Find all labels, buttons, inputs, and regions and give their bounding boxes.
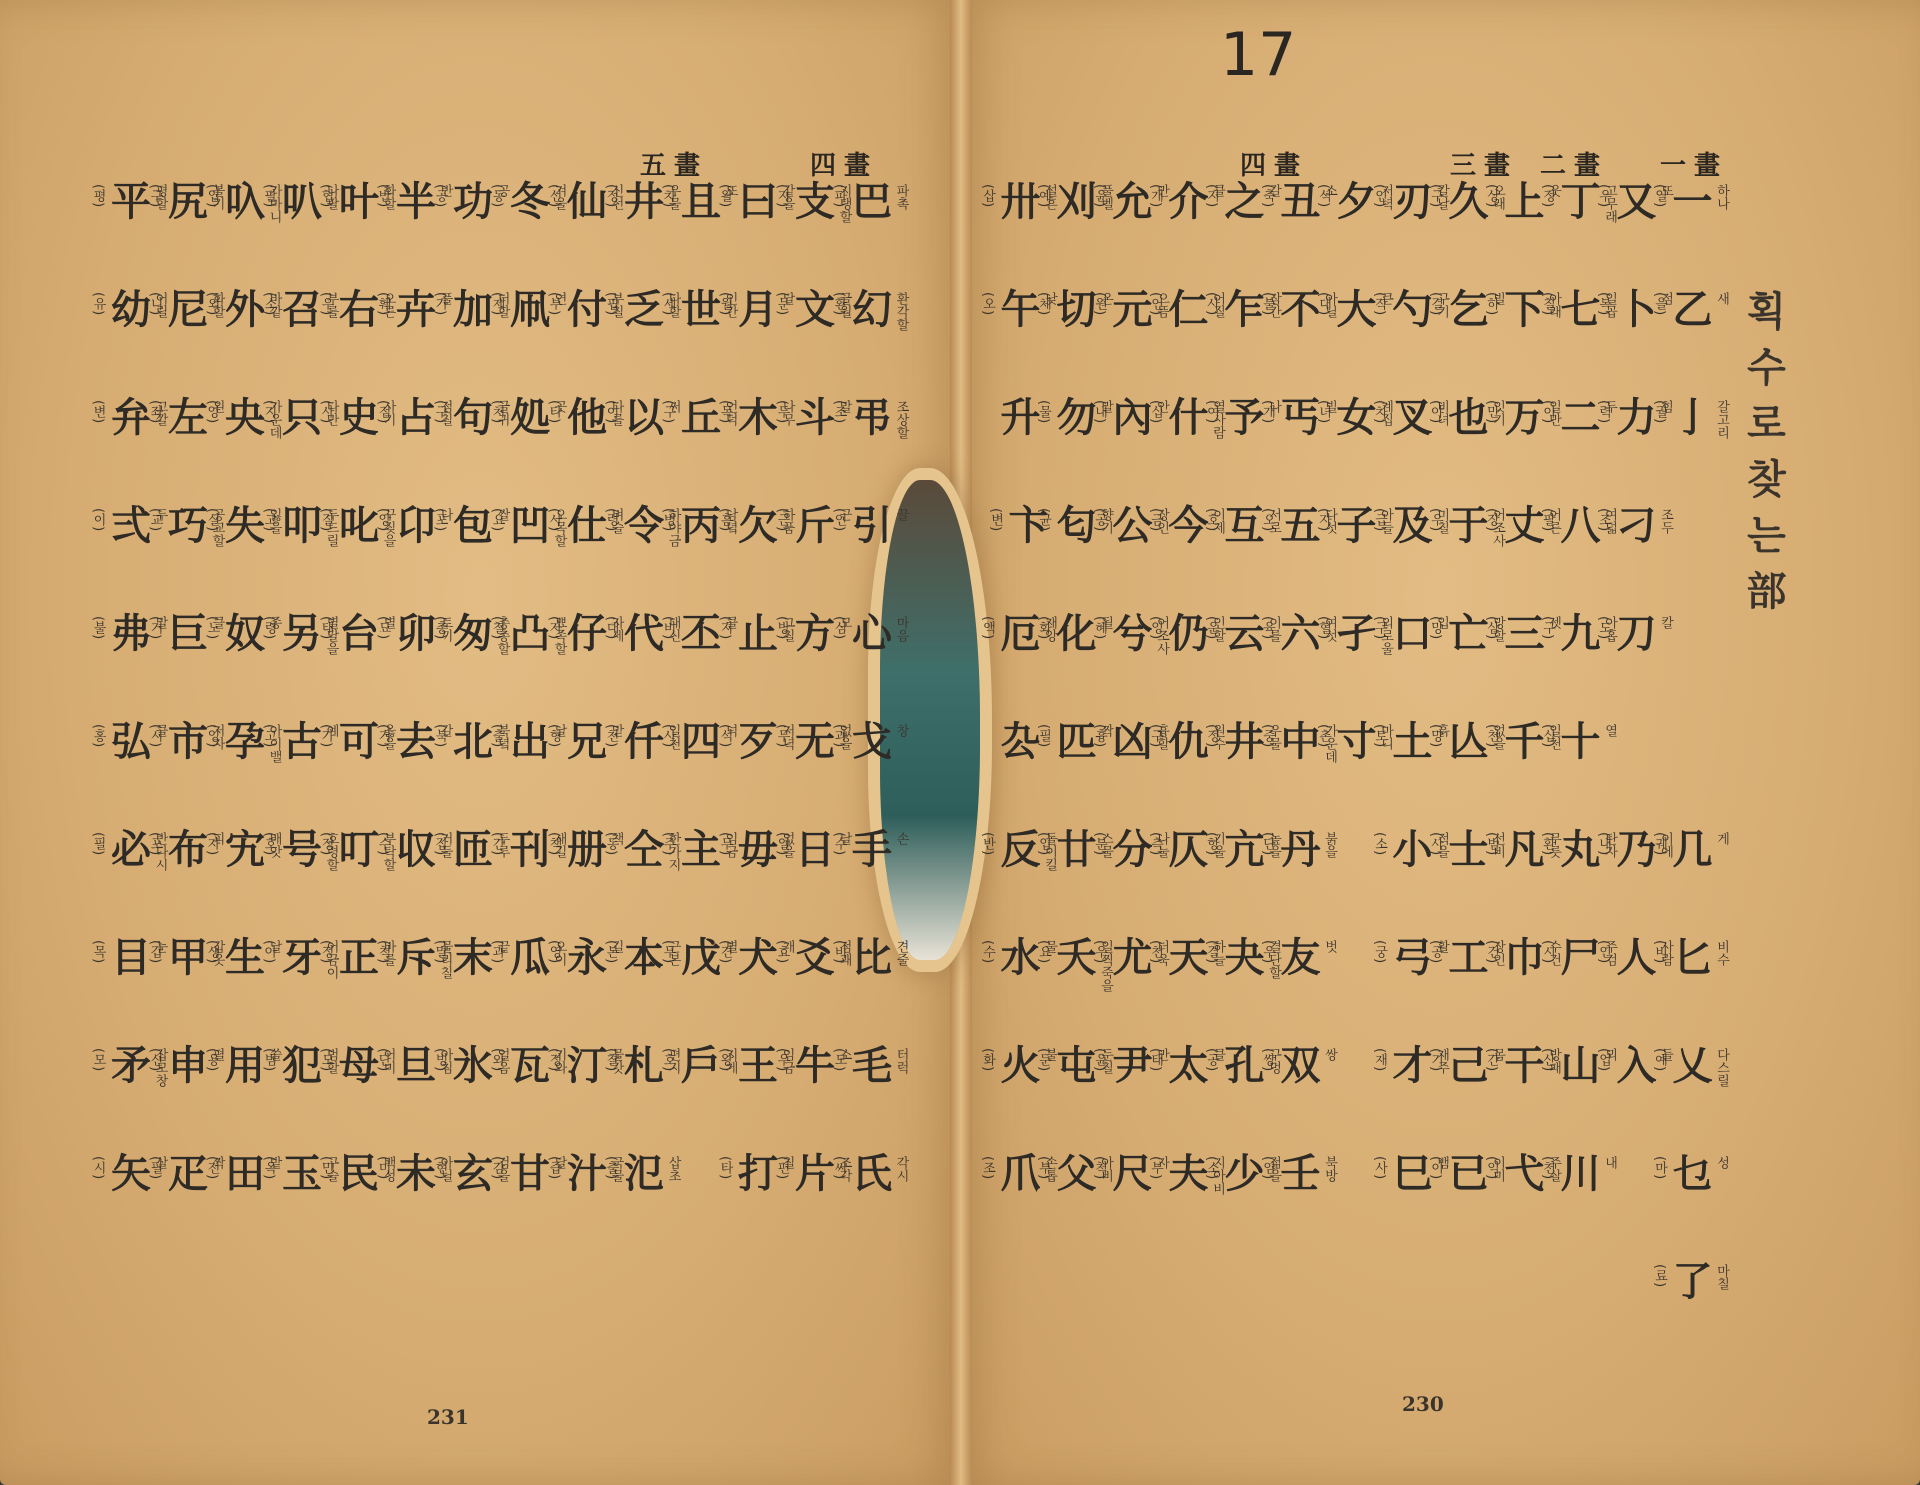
meaning-gloss: 견줄	[893, 940, 909, 966]
sound-reading: (입)	[1595, 1048, 1611, 1071]
sound-reading: (필)	[1035, 724, 1051, 747]
sound-reading: (타)	[717, 1156, 733, 1179]
sound-reading: (거)	[147, 616, 163, 639]
hanja-character: 屯	[1051, 1044, 1095, 1084]
sound-reading: (물)	[1035, 400, 1051, 423]
hanja-character: 上	[1499, 180, 1543, 220]
hanja-character: 尤	[1107, 936, 1151, 976]
sound-reading: (불)	[90, 616, 106, 639]
hanja-character: 勿	[1051, 396, 1095, 436]
hanja-character: 化	[1051, 612, 1095, 652]
character-entry	[613, 1260, 670, 1368]
hanja-character: 中	[1275, 720, 1319, 760]
index-column: (개)介클(인)仁어질(십)什열사람(금)今이제(잉)仍인할(구)仇원수(측)仄…	[1158, 180, 1214, 1368]
hanja-character: 人	[1611, 936, 1655, 976]
hanja-character: 乍	[1219, 288, 1263, 328]
hanja-character: 父	[1051, 1152, 1095, 1192]
hanja-character: 今	[1163, 504, 1207, 544]
sound-reading: (공)	[432, 184, 448, 207]
sound-reading: (과)	[489, 940, 505, 963]
sound-reading: (목)	[717, 400, 733, 423]
sound-reading: (야)	[1427, 400, 1443, 423]
hanja-character: 半	[391, 180, 435, 220]
hanja-character: 北	[448, 720, 492, 760]
hanja-character: 加	[448, 288, 492, 328]
meaning-gloss: 환각할	[893, 292, 909, 331]
sound-reading: (임)	[1259, 1156, 1275, 1179]
sound-reading: (왕)	[717, 1048, 733, 1071]
hanja-character: 矛	[106, 1044, 150, 1084]
hanja-character: 册	[562, 828, 606, 868]
hanja-character: 正	[334, 936, 378, 976]
hanja-character: 元	[1107, 288, 1151, 328]
sound-reading: (태)	[318, 616, 334, 639]
hanja-character: 介	[1163, 180, 1207, 220]
hanja-character: 亢	[1219, 828, 1263, 868]
character-entry	[100, 1260, 157, 1368]
hanja-character: 巾	[1499, 936, 1543, 976]
sound-reading: (철)	[489, 616, 505, 639]
header-left-4-stroke: 四畫	[810, 145, 878, 182]
sound-reading: (주)	[660, 832, 676, 855]
hanja-character: 丈	[1499, 504, 1543, 544]
hanja-character: 天	[1163, 936, 1207, 976]
character-entry: (파)巴파촉	[841, 180, 898, 288]
left-page-columns: (파)巴파촉(환)幻환각할(조)弔조상할(인)引끌(심)心마음(과)戈창(수)手…	[100, 180, 898, 1368]
hanja-character: 日	[790, 828, 834, 868]
sound-reading: (동)	[603, 832, 619, 855]
sound-reading: (재)	[1371, 1048, 1387, 1071]
sound-reading: (범)	[261, 1048, 277, 1071]
sound-reading: (마)	[1651, 1156, 1667, 1179]
character-entry: (비)匕비수	[1662, 936, 1718, 1044]
sound-reading: (와)	[489, 1048, 505, 1071]
sound-reading: (걸)	[1427, 292, 1443, 315]
sound-reading: (정)	[318, 832, 334, 855]
sound-reading: (잉)	[204, 724, 220, 747]
sound-reading: (정)	[1539, 184, 1555, 207]
sound-reading: (좌)	[147, 400, 163, 423]
hanja-character: 切	[1051, 288, 1095, 328]
hanja-character: 了	[1667, 1260, 1711, 1300]
hanja-character: 欠	[733, 504, 777, 544]
character-entry: (조)刁조두	[1606, 504, 1662, 612]
meaning-gloss: 새	[1713, 292, 1729, 305]
sound-reading: (변)	[90, 400, 106, 423]
hanja-character: 升	[995, 396, 1039, 436]
hanja-character: 疋	[163, 1152, 207, 1192]
hanja-character: 井	[1219, 720, 1263, 760]
sound-reading: (운)	[1203, 616, 1219, 639]
hanja-character: 刀	[1611, 612, 1655, 652]
sound-reading: (구)	[432, 400, 448, 423]
sound-reading: (팔)	[261, 184, 277, 207]
sound-reading: (기)	[1427, 1048, 1443, 1071]
hanja-character: 尻	[163, 180, 207, 220]
sound-reading: (화)	[979, 1048, 995, 1071]
hanja-character: 丑	[1275, 180, 1319, 220]
sound-reading: (협)	[318, 184, 334, 207]
sound-reading: (가)	[318, 724, 334, 747]
character-entry	[1494, 1260, 1550, 1368]
sound-reading: (체)	[1035, 292, 1051, 315]
character-entry	[841, 1260, 898, 1368]
character-entry: (출)氾삽초	[613, 1152, 670, 1260]
hanja-character: 予	[1219, 396, 1263, 436]
hanja-character: 凧	[505, 288, 549, 328]
hanja-character: 叩	[277, 504, 321, 544]
character-entry	[442, 1260, 499, 1368]
sound-reading: (구)	[1371, 616, 1387, 639]
sound-reading: (개)	[1147, 184, 1163, 207]
index-column: (석)夕저녁(대)大큰(녀)女계집(자)子아들(혈)孑외로울(촌)寸마디	[1326, 180, 1382, 1368]
hanja-character: 戊	[676, 936, 720, 976]
sound-reading: (조)	[979, 1156, 995, 1179]
hanja-character: 仄	[1163, 828, 1207, 868]
hanja-character: 令	[619, 504, 663, 544]
hanja-character: 亡	[1443, 612, 1487, 652]
sound-reading: (차)	[1371, 400, 1387, 423]
hanja-character: 卅	[995, 180, 1039, 220]
character-entry: (궤)几게	[1662, 828, 1718, 936]
meaning-gloss: 다스릴	[1713, 1048, 1729, 1087]
sound-reading: (비)	[831, 940, 847, 963]
sound-reading: (병)	[660, 508, 676, 531]
sound-reading: (즙)	[546, 1156, 562, 1179]
sound-reading: (사)	[1371, 1156, 1387, 1179]
meaning-gloss: 끌	[893, 508, 909, 521]
hanja-character: 毛	[847, 1044, 891, 1084]
meaning-gloss: 성	[1713, 1156, 1729, 1169]
sound-reading: (공)	[1203, 1048, 1219, 1071]
sound-reading: (견)	[717, 940, 733, 963]
sound-reading: (환)	[1539, 832, 1555, 855]
meaning-gloss: 게	[1713, 832, 1729, 845]
hanja-character: 牛	[790, 1044, 834, 1084]
sound-reading: (포)	[147, 832, 163, 855]
hanja-character: 五	[1275, 504, 1319, 544]
character-entry	[214, 1260, 271, 1368]
sound-reading: (부)	[1035, 1156, 1051, 1179]
sound-reading: (간)	[489, 832, 505, 855]
hanja-character: 卬	[391, 504, 435, 544]
sound-reading: (삽)	[979, 184, 995, 207]
hanja-character: 刊	[505, 828, 549, 868]
sound-reading: (간)	[1483, 1048, 1499, 1071]
meaning-gloss: 마음	[893, 616, 909, 642]
hanja-character: 幻	[847, 288, 891, 328]
sound-reading: (출)	[603, 1156, 619, 1179]
hanja-character: 甲	[163, 936, 207, 976]
sound-reading: (원)	[1091, 292, 1107, 315]
sound-reading: (오)	[979, 292, 995, 315]
sound-reading: (육)	[1259, 616, 1275, 639]
sound-reading: (필)	[90, 832, 106, 855]
sound-reading: (방)	[774, 616, 790, 639]
sound-reading: (호)	[261, 832, 277, 855]
sound-reading: (공)	[1427, 940, 1443, 963]
hanja-character: 也	[1443, 396, 1487, 436]
hanja-character: 乜	[1667, 1152, 1711, 1192]
hanja-character: 仝	[619, 828, 663, 868]
hanja-character: 民	[334, 1152, 378, 1192]
sound-reading: (도)	[1595, 616, 1611, 639]
hanja-character: 可	[334, 720, 378, 760]
sound-reading: (척)	[1091, 1156, 1107, 1179]
sound-reading: (아)	[261, 940, 277, 963]
sound-reading: (정)	[318, 940, 334, 963]
hanja-character: 汁	[562, 1152, 606, 1192]
index-column: (동)冬겨울(제)凧연(처)処곳(요)凹오목할(철)凸뾰족할(출)出날(간)刊새…	[499, 180, 556, 1368]
index-column: (차)且또(세)世인간(구)丘언덕(병)丙남녘(비)丕클(사)四넉(주)主임금(…	[670, 180, 727, 1368]
sound-reading: (빙)	[432, 1048, 448, 1071]
hanja-character: 少	[1219, 1152, 1263, 1192]
sound-reading: (궐)	[1651, 400, 1667, 423]
hanja-character: 幼	[106, 288, 150, 328]
hanja-character: 小	[1387, 828, 1431, 868]
sound-reading: (분)	[1091, 832, 1107, 855]
sound-reading: (정)	[546, 1048, 562, 1071]
sound-reading: (산)	[1539, 1048, 1555, 1071]
hanja-character: 月	[733, 288, 777, 328]
hanja-character: 木	[733, 396, 777, 436]
hanja-character: 弓	[1387, 936, 1431, 976]
sound-reading: (거)	[375, 724, 391, 747]
meaning-gloss: 갈고리	[1713, 400, 1729, 439]
hanja-character: 冬	[505, 180, 549, 220]
hanja-character: 卜	[1611, 288, 1655, 328]
hanja-character: 己	[1443, 1044, 1487, 1084]
sound-reading: (반)	[979, 832, 995, 855]
sound-reading: (하)	[1483, 292, 1499, 315]
character-entry: (환)幻환각할	[841, 288, 898, 396]
hanja-character: 夭	[1051, 936, 1095, 976]
sound-reading: (십)	[1539, 724, 1555, 747]
hanja-character: 匂	[1051, 504, 1095, 544]
sound-reading: (환)	[831, 292, 847, 315]
header-1-stroke: 一畫	[1660, 145, 1728, 182]
sound-reading: (조)	[831, 400, 847, 423]
hanja-character: 爻	[790, 936, 834, 976]
hanja-character: 厹	[995, 720, 1039, 760]
sound-reading: (가)	[432, 292, 448, 315]
hanja-character: 以	[619, 396, 663, 436]
sound-reading: (모)	[90, 1048, 106, 1071]
sound-reading: (망)	[1427, 616, 1443, 639]
hanja-character: 万	[1499, 396, 1543, 436]
hanja-character: 用	[220, 1044, 264, 1084]
hanja-character: 汀	[562, 1044, 606, 1084]
sound-reading: (천)	[1483, 724, 1499, 747]
hanja-character: 占	[391, 396, 435, 436]
hanja-character: 厄	[995, 612, 1039, 652]
sound-reading: (무)	[717, 832, 733, 855]
character-entry: (도)刀칼	[1606, 612, 1662, 720]
hanja-character: 牙	[277, 936, 321, 976]
hanja-character: 弁	[106, 396, 150, 436]
hanja-character: 旦	[391, 1044, 435, 1084]
hanja-character: 打	[733, 1152, 777, 1192]
sound-reading: (둔)	[1035, 1048, 1051, 1071]
hanja-character: 凡	[1499, 828, 1543, 868]
sound-reading: (인)	[1595, 940, 1611, 963]
character-entry	[1158, 1260, 1214, 1368]
character-entry	[1606, 720, 1662, 828]
hanja-character: 壬	[1275, 1152, 1319, 1192]
character-entry	[328, 1260, 385, 1368]
character-entry	[499, 1260, 556, 1368]
index-column: (윤)允만(원)元으뜸(내)內안(공)公장인(혜)兮어조사(흉)凶흉할(분)分나…	[1102, 180, 1158, 1368]
hanja-character: 召	[277, 288, 321, 328]
index-column: (일)一하나(을)乙새(궐)亅갈고리(궤)几게(비)匕비수(예)乂다스릴(마)乜…	[1662, 180, 1718, 1368]
meaning-gloss: 터럭	[893, 1048, 909, 1074]
header-2-stroke: 二畫	[1540, 145, 1608, 182]
hanja-character: 兄	[562, 720, 606, 760]
sound-reading: (질)	[318, 508, 334, 531]
hanja-character: 勺	[1387, 288, 1431, 328]
hanja-character: 丕	[676, 612, 720, 652]
hanja-character: 寸	[1331, 720, 1375, 760]
hanja-character: 方	[790, 612, 834, 652]
hanja-character: 手	[847, 828, 891, 868]
hanja-character: 之	[1219, 180, 1263, 220]
sound-reading: (혈)	[1315, 616, 1331, 639]
hanja-character: 凸	[505, 612, 549, 652]
sound-reading: (익)	[1483, 1156, 1499, 1179]
sound-reading: (세)	[660, 292, 676, 315]
sound-reading: (영)	[546, 940, 562, 963]
sound-reading: (갑)	[147, 940, 163, 963]
hanja-character: 玄	[448, 1152, 492, 1192]
character-entry	[1046, 1260, 1102, 1368]
sound-reading: (지)	[774, 184, 790, 207]
hanja-character: 巧	[163, 504, 207, 544]
header-left-5-stroke: 五畫	[640, 145, 708, 182]
hanja-character: 失	[220, 504, 264, 544]
sound-reading: (형)	[546, 724, 562, 747]
hanja-character: 弔	[847, 396, 891, 436]
sound-reading: (지)	[261, 400, 277, 423]
hanja-character: 巳	[1387, 1152, 1431, 1192]
hanja-character: 八	[1555, 504, 1599, 544]
hanja-character: 大	[1331, 288, 1375, 328]
sound-reading: (정)	[1203, 724, 1219, 747]
hanja-character: 尸	[1555, 936, 1599, 976]
hanja-character: 匝	[448, 828, 492, 868]
hanja-character: 氷	[448, 1044, 492, 1084]
index-column: (협)叶화할(우)右오른(사)史사기(질)叱꾸짖을(태)台별(가)可옳을(정)叮…	[328, 180, 385, 1368]
sound-reading: (우)	[774, 1048, 790, 1071]
hanja-character: 几	[1667, 828, 1711, 868]
character-entry: (쌍)双쌍	[1270, 1044, 1326, 1152]
character-entry	[1550, 1260, 1606, 1368]
hanja-character: 外	[220, 288, 264, 328]
hanja-character: 田	[220, 1152, 264, 1192]
sound-reading: (출)	[489, 724, 505, 747]
hanja-character: 女	[1331, 396, 1375, 436]
hanja-character: 下	[1499, 288, 1543, 328]
sound-reading: (혜)	[1091, 616, 1107, 639]
hanja-character: 叉	[1387, 396, 1431, 436]
hanja-character: 仟	[619, 720, 663, 760]
character-entry	[1382, 1260, 1438, 1368]
character-entry: (조)弔조상할	[841, 396, 898, 504]
sound-reading: (점)	[375, 400, 391, 423]
sound-reading: (차)	[660, 184, 676, 207]
sound-reading: (개)	[1259, 400, 1275, 423]
hanja-character: 玉	[277, 1152, 321, 1192]
index-column: (구)久오래(걸)乞빌(야)也잇기(우)于어조사(망)亡망할(망)亾없을(사)士…	[1438, 180, 1494, 1368]
sound-reading: (윤)	[1091, 1048, 1107, 1071]
sound-reading: (공)	[1091, 508, 1107, 531]
character-entry	[385, 1260, 442, 1368]
sound-reading: (니)	[147, 292, 163, 315]
sound-reading: (불)	[1259, 292, 1275, 315]
hanja-character: 丸	[1555, 828, 1599, 868]
hanja-character: 孕	[220, 720, 264, 760]
hanja-character: 収	[391, 828, 435, 868]
sound-reading: (팔)	[1539, 508, 1555, 531]
character-entry: (심)心마음	[841, 612, 898, 720]
sound-reading: (근)	[774, 508, 790, 531]
sound-reading: (사)	[318, 400, 334, 423]
hanja-character: 卉	[391, 288, 435, 328]
index-column: (축)丑소(불)不아닐(개)丐빌(오)五다섯(육)六여섯(중)中가운데(단)丹붉…	[1270, 180, 1326, 1368]
hanja-character: 弍	[106, 504, 150, 544]
hanja-character: 宄	[220, 828, 264, 868]
sound-reading: (외)	[204, 292, 220, 315]
sound-reading: (신)	[147, 1048, 163, 1071]
hanja-character: 末	[448, 936, 492, 976]
character-entry: (임)壬북방	[1270, 1152, 1326, 1260]
sound-reading: (인)	[1371, 184, 1387, 207]
character-entry	[1326, 1260, 1382, 1368]
character-entry: (인)引끌	[841, 504, 898, 612]
hanja-character: 井	[619, 180, 663, 220]
sound-reading: (측)	[1147, 832, 1163, 855]
hanja-character: 必	[106, 828, 150, 868]
index-column: (입)叺가마니(외)外바깥(앙)央가운데(실)失잃을(노)奴종(잉)孕아이밸(자…	[214, 180, 271, 1368]
sound-reading: (일)	[1651, 184, 1667, 207]
sound-reading: (교)	[147, 508, 163, 531]
sound-reading: (단)	[375, 1048, 391, 1071]
character-entry	[990, 1260, 1046, 1368]
hanja-character: 未	[391, 1152, 435, 1192]
hanja-character: 永	[562, 936, 606, 976]
sound-reading: (내)	[1091, 400, 1107, 423]
character-entry: (모)毛터럭	[841, 1044, 898, 1152]
page-number-left: 231	[427, 1405, 469, 1429]
hanja-character: 仔	[562, 612, 606, 652]
hanja-character: 刃	[1387, 180, 1431, 220]
sound-reading: (망)	[1427, 724, 1443, 747]
sound-reading: (묘)	[375, 616, 391, 639]
hanja-character: 史	[334, 396, 378, 436]
hanja-character: 他	[562, 396, 606, 436]
sound-reading: (삼)	[1483, 616, 1499, 639]
sound-reading: (석)	[717, 724, 733, 747]
character-entry	[1662, 720, 1718, 828]
sound-reading: (반)	[375, 184, 391, 207]
sound-reading: (력)	[1595, 400, 1611, 423]
sound-reading: (화)	[1035, 616, 1051, 639]
hanja-character: 奴	[220, 612, 264, 652]
sound-reading: (여)	[1203, 400, 1219, 423]
hanja-character: 仍	[1163, 612, 1207, 652]
index-column: (구)尻볼기(니)尼화할(좌)左왼(교)巧공교할(거)巨클(시)市저자(포)布피…	[157, 180, 214, 1368]
sound-reading: (목)	[90, 940, 106, 963]
sound-reading: (고)	[261, 508, 277, 531]
